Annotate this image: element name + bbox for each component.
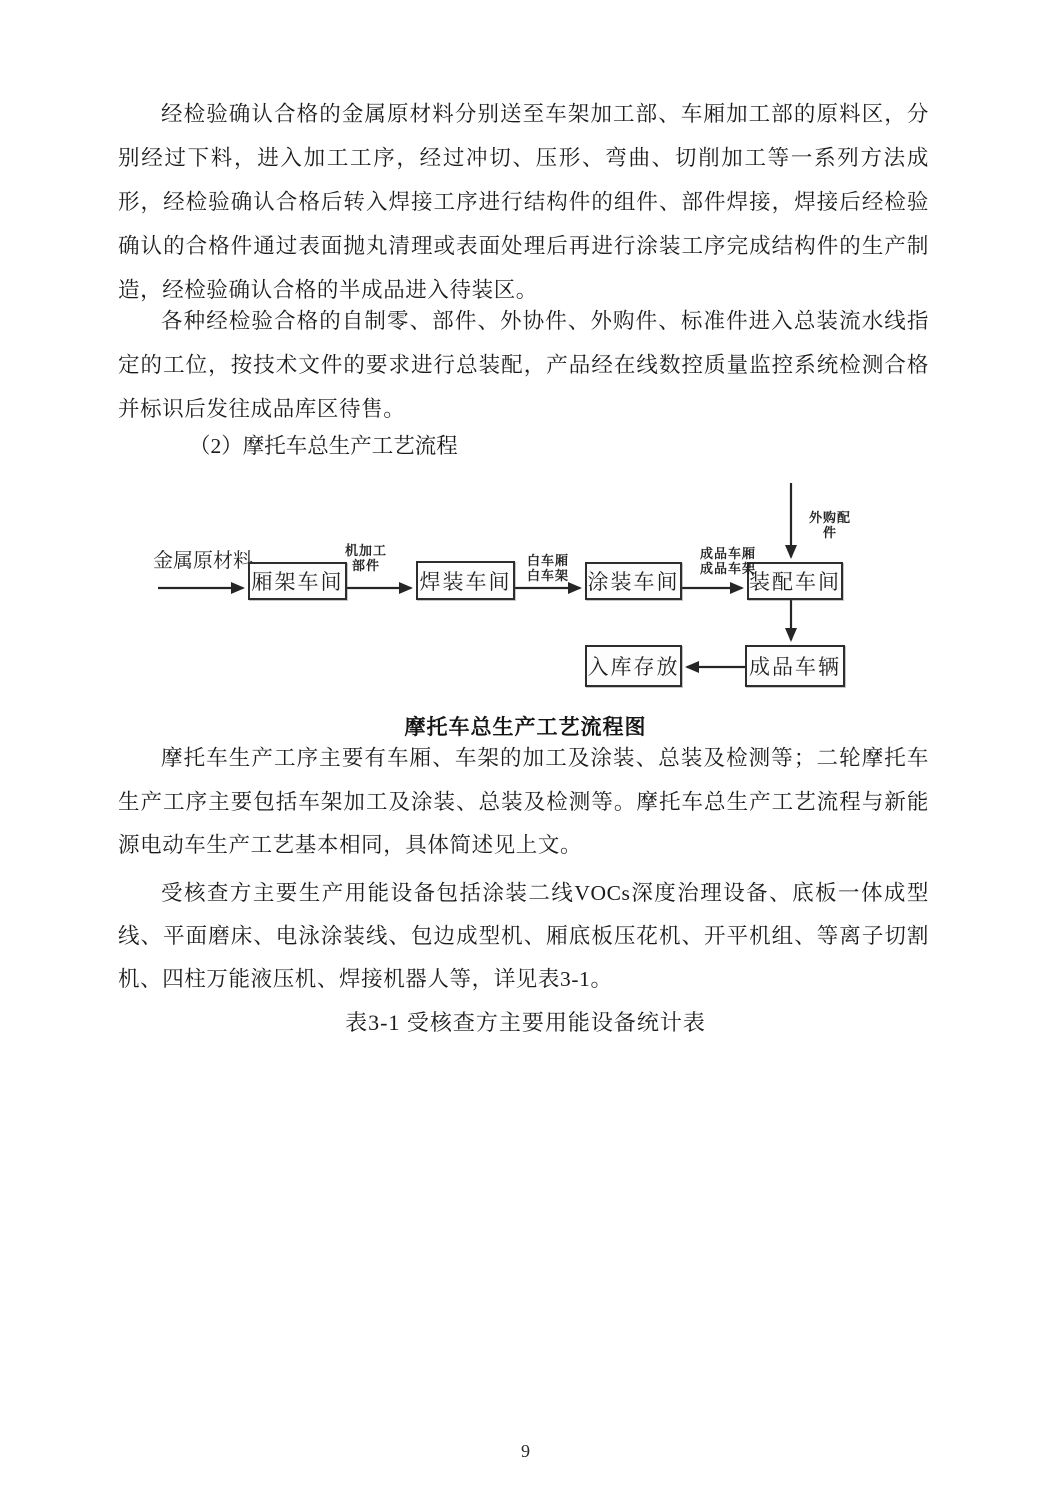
flow-label-machined-parts: 机加工 部件 [320, 543, 412, 573]
document-page: 经检验确认合格的金属原材料分别送至车架加工部、车厢加工部的原料区，分别经过下料，… [0, 0, 1051, 1486]
section-heading: （2）摩托车总生产工艺流程 [118, 424, 929, 468]
flow-box-welding-workshop: 焊装车间 [416, 561, 515, 600]
flow-arrows-graphic [0, 480, 1051, 705]
flow-box-warehouse-storage: 入库存放 [585, 645, 682, 687]
flow-input-label: 金属原材料 [153, 550, 253, 573]
flow-label-purchased-parts: 外购配 件 [798, 510, 862, 540]
flow-label-white-body: 白车厢 白车架 [504, 553, 592, 583]
flow-box-painting-workshop: 涂装车间 [585, 562, 682, 600]
flow-box-finished-vehicle: 成品车辆 [745, 645, 845, 687]
process-flowchart: 金属原材料 厢架车间 焊装车间 涂装车间 装配车间 成品车辆 入库存放 机加工 … [0, 480, 1051, 705]
paragraph-1: 经检验确认合格的金属原材料分别送至车架加工部、车厢加工部的原料区，分别经过下料，… [118, 92, 929, 312]
paragraph-2: 各种经检验合格的自制零、部件、外协件、外购件、标准件进入总装流水线指定的工位，按… [118, 299, 929, 431]
flow-label-finished-body: 成品车厢 成品车架 [682, 546, 774, 576]
page-number: 9 [0, 1438, 1051, 1464]
table-title: 表3-1 受核查方主要用能设备统计表 [0, 1006, 1051, 1040]
paragraph-3: 摩托车生产工序主要有车厢、车架的加工及涂装、总装及检测等；二轮摩托车生产工序主要… [118, 737, 929, 868]
paragraph-4: 受核查方主要生产用能设备包括涂装二线VOCs深度治理设备、底板一体成型线、平面磨… [118, 872, 929, 1001]
